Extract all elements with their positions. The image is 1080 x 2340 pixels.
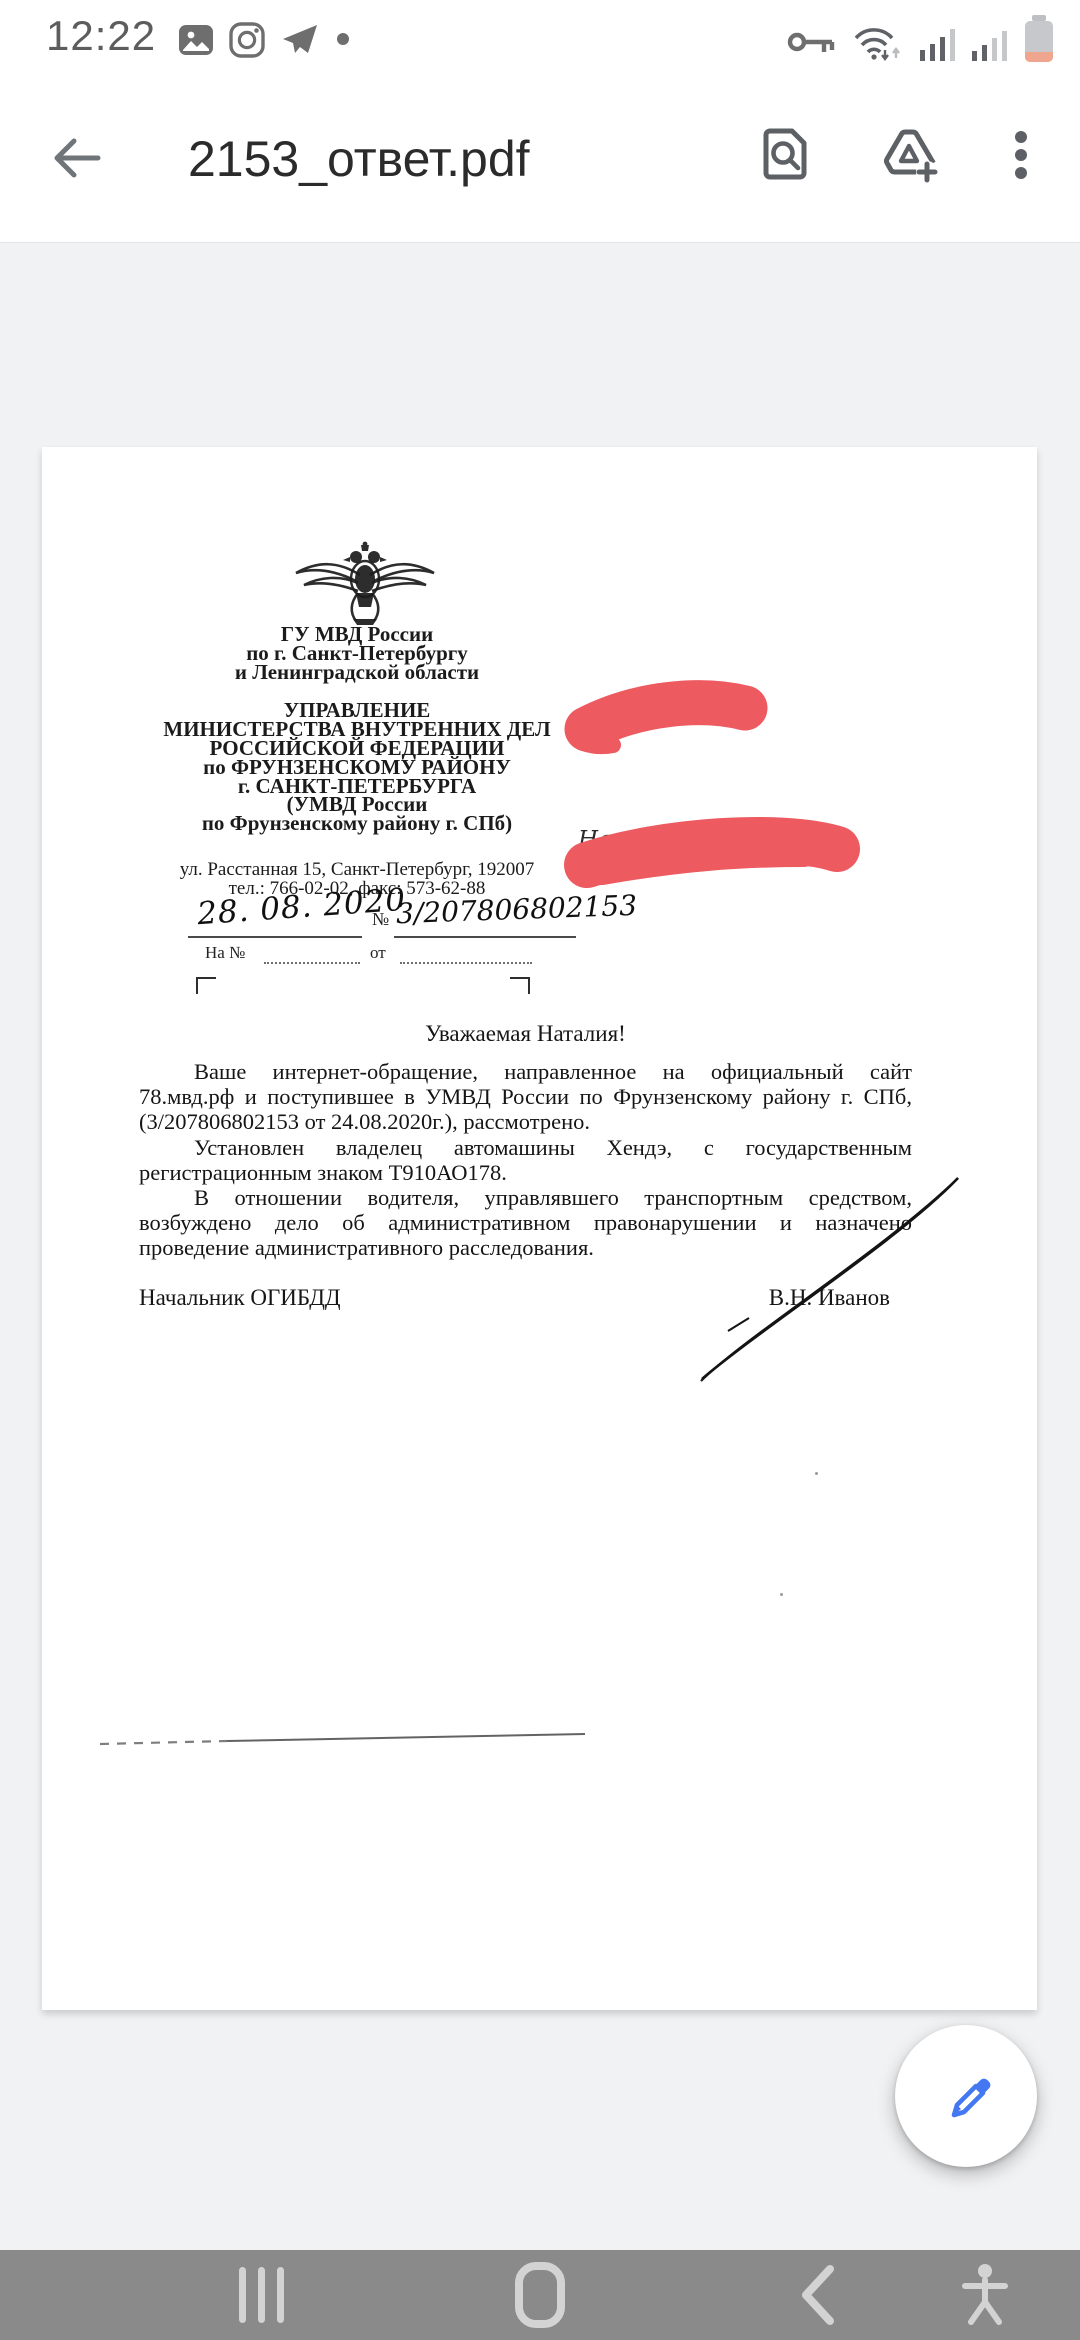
redaction-stroke-1 [587,703,745,729]
body-line: 78.мвд.рф и поступившее в УМВД России по… [139,1084,912,1109]
signoff-name: В.Н. Иванов [769,1285,890,1311]
number-underline [394,895,576,938]
top-header: 12:22 21 [0,0,1080,243]
body-line: В отношении водителя, управлявшего транс… [139,1185,912,1210]
date-underline [188,895,362,938]
home-icon [514,2262,566,2328]
org-line: и Ленинградской области [127,663,587,682]
letter-body: Ваше интернет-обращение, направленное на… [139,1059,912,1261]
recents-button[interactable] [217,2258,307,2332]
scan-speck [780,1593,783,1596]
accessibility-icon [957,2262,1013,2328]
scan-artifact-line [100,1741,227,1744]
greeting: Уважаемая Наталия! [139,1021,912,1047]
navigation-bar [0,2250,1080,2340]
wifi-updown-icon [852,24,908,69]
back-button[interactable] [46,128,106,188]
pdf-page[interactable]: ГУ МВД России по г. Санкт-Петербургу и Л… [42,447,1037,2010]
more-options-icon [988,122,1054,188]
signal-sim1-icon [918,24,962,69]
find-in-document-button[interactable] [752,122,818,188]
add-to-drive-button[interactable] [876,122,942,188]
ref-na-label: На № [205,943,245,963]
battery-low-icon [1022,14,1056,73]
notification-dot [336,32,350,51]
edit-pencil-icon [937,2067,995,2125]
nav-back-button[interactable] [773,2258,863,2332]
body-line: проведение административного расследован… [139,1235,912,1260]
mvd-eagle-emblem [290,541,440,630]
org-line: по Фрунзенскому району г. СПб) [127,814,587,833]
body-line: Установлен владелец автомашины Хендэ, с … [139,1135,912,1160]
signoff-position: Начальник ОГИБДД [139,1285,341,1311]
telegram-icon [280,22,320,63]
add-to-drive-icon [876,122,942,188]
addressee-corner-right [510,977,530,994]
scan-speck [815,1472,818,1475]
more-options-button[interactable] [988,122,1054,188]
ref-ot-label: от [370,943,386,963]
accessibility-button[interactable] [940,2258,1030,2332]
edit-fab-button[interactable] [895,2025,1037,2167]
signoff-row: Начальник ОГИБДД В.Н. Иванов [139,1285,890,1311]
phone-screen: 12:22 21 [0,0,1080,2340]
body-line: регистрационным знаком Т910АО178. [139,1160,912,1185]
signal-sim2-icon [970,26,1012,69]
home-button[interactable] [495,2258,585,2332]
status-clock: 12:22 [46,12,156,60]
gallery-icon [178,22,216,63]
body-line: (3/207806802153 от 24.08.2020г.), рассмо… [139,1109,912,1134]
number-sign: № [372,909,389,930]
instagram-icon [228,22,266,63]
ref-na-line [264,944,360,964]
ref-ot-line [400,944,532,964]
addressee-corner-left [196,977,216,994]
vpn-key-icon [786,26,838,63]
org-address: ул. Расстанная 15, Санкт-Петербург, 1920… [127,860,587,880]
body-line: Ваше интернет-обращение, направленное на… [139,1059,912,1084]
document-title: 2153_ответ.pdf [188,130,530,188]
org-header-block: ГУ МВД России по г. Санкт-Петербургу и Л… [127,625,587,899]
recents-icon [237,2265,287,2325]
nav-back-icon [798,2264,838,2326]
find-in-document-icon [752,122,818,188]
body-line: возбуждено дело об административном прав… [139,1210,912,1235]
redacted-name-remnant: Ната [578,827,647,853]
